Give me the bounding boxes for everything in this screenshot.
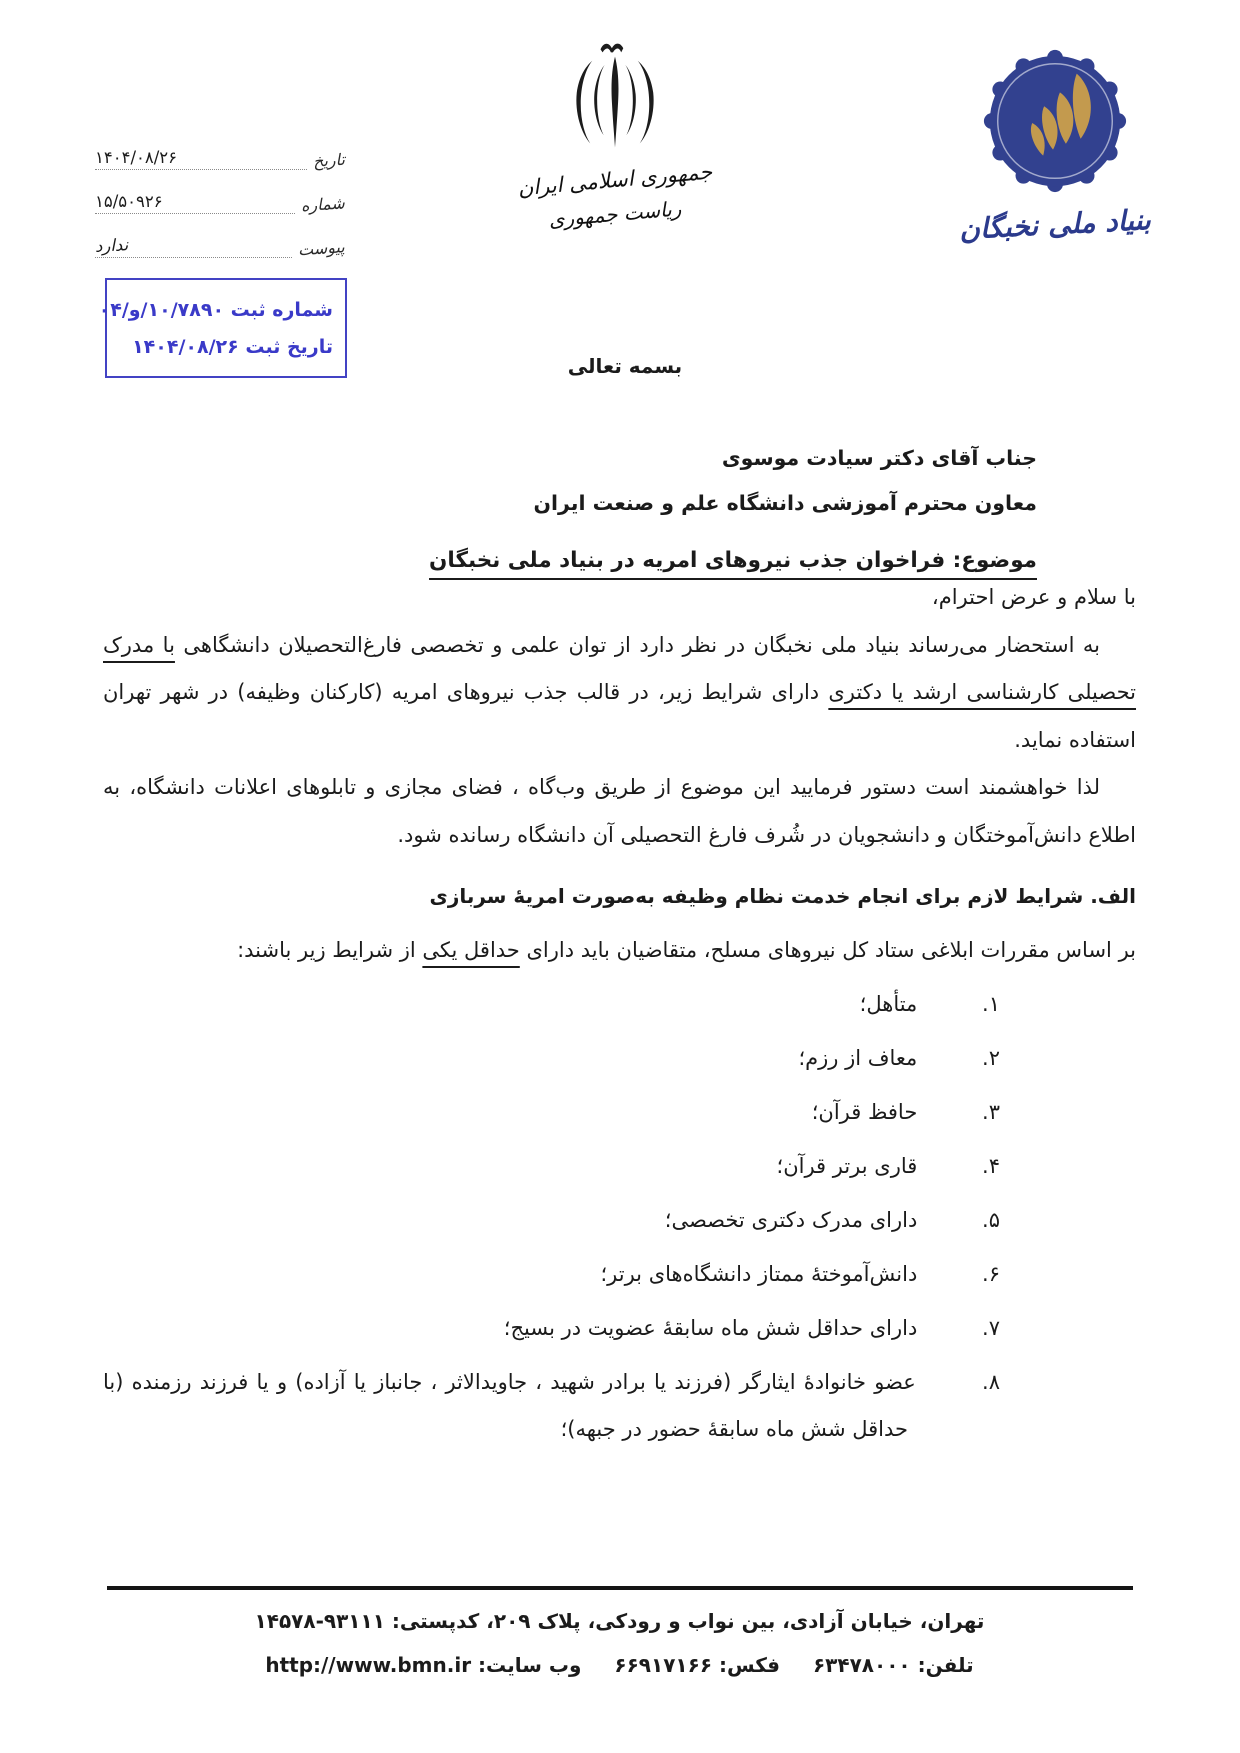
paragraph-2: لذا خواهشمند است دستور فرمایید این موضوع… [103, 764, 1136, 859]
footer-divider [107, 1586, 1133, 1590]
list-item: ۴. قاری برتر قرآن؛ [103, 1143, 1136, 1190]
list-item: ۶. دانش‌آموختۀ ممتاز دانشگاه‌های برتر؛ [103, 1251, 1136, 1298]
fax-label: فکس: [719, 1653, 780, 1677]
meta-date-row: تاریخ ۱۴۰۴/۰۸/۲۶ [95, 126, 345, 170]
attachment-value: ندارد [95, 235, 129, 256]
paragraph-1-text: به استحضار می‌رساند بنیاد ملی نخبگان در … [175, 633, 1100, 657]
phone-value: ۶۳۴۷۸۰۰۰ [813, 1653, 911, 1677]
website-label: وب سایت: [478, 1653, 581, 1677]
footer-postal-code: ۱۴۵۷۸-۹۳۱۱۱ [255, 1601, 385, 1641]
list-item: ۵. دارای مدرک دکتری تخصصی؛ [103, 1197, 1136, 1244]
fax-value: ۶۶۹۱۷۱۶۶ [614, 1653, 712, 1677]
registration-number: شماره ثبت ۱۰/۷۸۹۰/و/۰۴ [119, 292, 333, 329]
iran-emblem-block: جمهوری اسلامی ایران ریاست جمهوری [495, 40, 735, 226]
section-a-lead-text: بر اساس مقررات ابلاغی ستاد کل نیروهای مس… [520, 938, 1136, 962]
meta-number-row: شماره ۱۵/۵۰۹۲۶ [95, 170, 345, 214]
list-item-text: قاری برتر قرآن؛ [777, 1154, 918, 1178]
list-item-number: ۳. [924, 1089, 954, 1136]
footer-address: تهران، خیابان آزادی، بین نواب و رودکی، پ… [392, 1609, 985, 1633]
list-item-text: دارای حداقل شش ماه سابقۀ عضویت در بسیج؛ [504, 1316, 918, 1340]
attachment-leader-line: ندارد [95, 236, 292, 258]
list-item: ۸. عضو خانوادۀ ایثارگر (فرزند یا برادر ش… [103, 1359, 1136, 1453]
list-item: ۷. دارای حداقل شش ماه سابقۀ عضویت در بسی… [103, 1305, 1136, 1352]
besmele: بسمه تعالی [520, 354, 730, 378]
date-leader-line: ۱۴۰۴/۰۸/۲۶ [95, 148, 307, 170]
recipient-block: جناب آقای دکتر سیادت موسوی معاون محترم آ… [533, 436, 1037, 526]
date-value: ۱۴۰۴/۰۸/۲۶ [95, 148, 177, 167]
number-label: شماره [295, 193, 346, 215]
footer-address-line: تهران، خیابان آزادی، بین نواب و رودکی، پ… [103, 1601, 1136, 1641]
list-item-number: ۵. [924, 1197, 954, 1244]
list-item: ۲. معاف از رزم؛ [103, 1035, 1136, 1082]
meta-attachment-row: پیوست ندارد [95, 214, 345, 258]
letter-page: تاریخ ۱۴۰۴/۰۸/۲۶ شماره ۱۵/۵۰۹۲۶ پیوست ند… [0, 0, 1240, 1753]
website-url: http://www.bmn.ir [265, 1645, 471, 1685]
foundation-logo-block: بنیاد ملی نخبگان [935, 44, 1175, 241]
letterhead-meta-fields: تاریخ ۱۴۰۴/۰۸/۲۶ شماره ۱۵/۵۰۹۲۶ پیوست ند… [95, 126, 345, 258]
registration-stamp-box: شماره ثبت ۱۰/۷۸۹۰/و/۰۴ تاریخ ثبت ۱۴۰۴/۰۸… [105, 278, 347, 378]
section-a-lead-underlined: حداقل یکی [422, 938, 519, 962]
registration-date: تاریخ ثبت ۱۴۰۴/۰۸/۲۶ [119, 329, 333, 366]
attachment-label: پیوست [292, 237, 346, 260]
national-elites-foundation-seal-icon [935, 44, 1175, 202]
recipient-title: معاون محترم آموزشی دانشگاه علم و صنعت ای… [533, 481, 1037, 526]
list-item-text: متأهل؛ [860, 992, 918, 1016]
section-a-heading: الف. شرایط لازم برای انجام خدمت نظام وظی… [103, 873, 1136, 921]
list-item: ۱. متأهل؛ [103, 981, 1136, 1028]
footer: تهران، خیابان آزادی، بین نواب و رودکی، پ… [103, 1601, 1136, 1685]
number-leader-line: ۱۵/۵۰۹۲۶ [95, 192, 295, 214]
date-label: تاریخ [307, 150, 346, 172]
section-a-lead-text-end: از شرایط زیر باشند: [237, 938, 422, 962]
list-item-number: ۷. [924, 1305, 954, 1352]
list-item-number: ۴. [924, 1143, 954, 1190]
list-item-number: ۶. [924, 1251, 954, 1298]
iran-coat-of-arms-icon [495, 40, 735, 162]
footer-website: وب سایت: http://www.bmn.ir [265, 1653, 581, 1677]
recipient-name: جناب آقای دکتر سیادت موسوی [533, 436, 1037, 481]
conditions-list: ۱. متأهل؛ ۲. معاف از رزم؛ ۳. حافظ قرآن؛ … [103, 981, 1136, 1453]
letter-body: با سلام و عرض احترام، به استحضار می‌رسان… [103, 574, 1136, 1453]
list-item-number: ۱. [924, 981, 954, 1028]
list-item-text: دانش‌آموختۀ ممتاز دانشگاه‌های برتر؛ [600, 1262, 917, 1286]
phone-label: تلفن: [918, 1653, 974, 1677]
list-item-text: معاف از رزم؛ [798, 1046, 917, 1070]
subject-line: موضوع: فراخوان جذب نیروهای امریه در بنیا… [429, 548, 1037, 573]
section-a-lead: بر اساس مقررات ابلاغی ستاد کل نیروهای مس… [103, 927, 1136, 975]
list-item-number: ۲. [924, 1035, 954, 1082]
footer-fax: فکس: ۶۶۹۱۷۱۶۶ [614, 1653, 780, 1677]
footer-phone: تلفن: ۶۳۴۷۸۰۰۰ [813, 1653, 974, 1677]
foundation-logo-caption: بنیاد ملی نخبگان [934, 202, 1175, 248]
paragraph-1: به استحضار می‌رساند بنیاد ملی نخبگان در … [103, 622, 1136, 765]
list-item: ۳. حافظ قرآن؛ [103, 1089, 1136, 1136]
list-item-text: دارای مدرک دکتری تخصصی؛ [665, 1208, 918, 1232]
footer-contact-line: تلفن: ۶۳۴۷۸۰۰۰ فکس: ۶۶۹۱۷۱۶۶ وب سایت: ht… [103, 1645, 1136, 1685]
number-value: ۱۵/۵۰۹۲۶ [95, 192, 163, 211]
list-item-number: ۸. [924, 1359, 954, 1406]
salutation: با سلام و عرض احترام، [103, 574, 1136, 622]
list-item-text: حافظ قرآن؛ [812, 1100, 918, 1124]
list-item-text: عضو خانوادۀ ایثارگر (فرزند یا برادر شهید… [103, 1370, 916, 1441]
